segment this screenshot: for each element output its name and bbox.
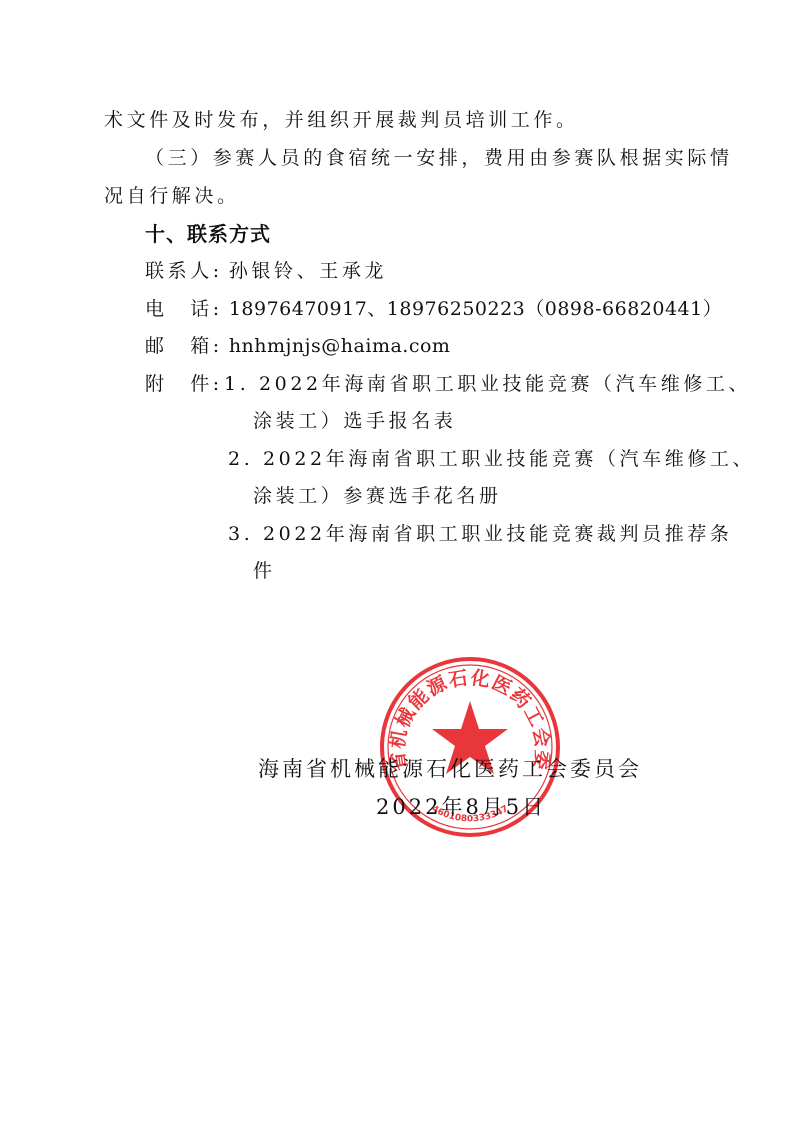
contact-email-row: 邮 箱:hnhmjnjs@haima.com (145, 334, 450, 358)
attachment-item-3-line1: 3. 2022年海南省职工职业技能竞赛裁判员推荐条 (228, 522, 733, 546)
attachment-item-1-line1: 1. 2022年海南省职工职业技能竞赛（汽车维修工、 (224, 372, 751, 396)
attachment-item-1-line2: 涂装工）选手报名表 (253, 409, 456, 433)
paragraph-accommodation-line2: 况自行解决。 (104, 184, 240, 208)
contact-phone-label: 电 话: (145, 298, 223, 320)
signature-date: 2022年8月5日 (376, 795, 546, 819)
attachments-label: 附 件: (145, 372, 223, 396)
contact-phone-row: 电 话:18976470917、18976250223（0898-6682044… (145, 297, 722, 321)
contact-email-link[interactable]: hnhmjnjs@haima.com (229, 335, 451, 357)
section-heading-contact: 十、联系方式 (145, 222, 271, 246)
contact-email-label: 邮 箱: (145, 335, 223, 357)
paragraph-accommodation-line1: （三）参赛人员的食宿统一安排，费用由参赛队根据实际情 (145, 146, 733, 170)
attachment-item-2-line1: 2. 2022年海南省职工职业技能竞赛（汽车维修工、 (228, 447, 755, 471)
paragraph-continuation: 术文件及时发布，并组织开展裁判员培训工作。 (104, 108, 579, 132)
attachment-item-2-line2: 涂装工）参赛选手花名册 (253, 484, 502, 508)
contact-person-label: 联系人: (145, 260, 223, 282)
contact-person-value: 孙银铃、王承龙 (229, 260, 387, 282)
seal-ring-text: 海南省机械能源石化医药工会委员会 (378, 655, 555, 772)
signature-organization: 海南省机械能源石化医药工会委员会 (258, 757, 642, 781)
contact-person-row: 联系人:孙银铃、王承龙 (145, 259, 387, 283)
contact-phone-value: 18976470917、18976250223（0898-66820441） (229, 298, 722, 320)
attachment-item-3-line2: 件 (253, 559, 276, 583)
